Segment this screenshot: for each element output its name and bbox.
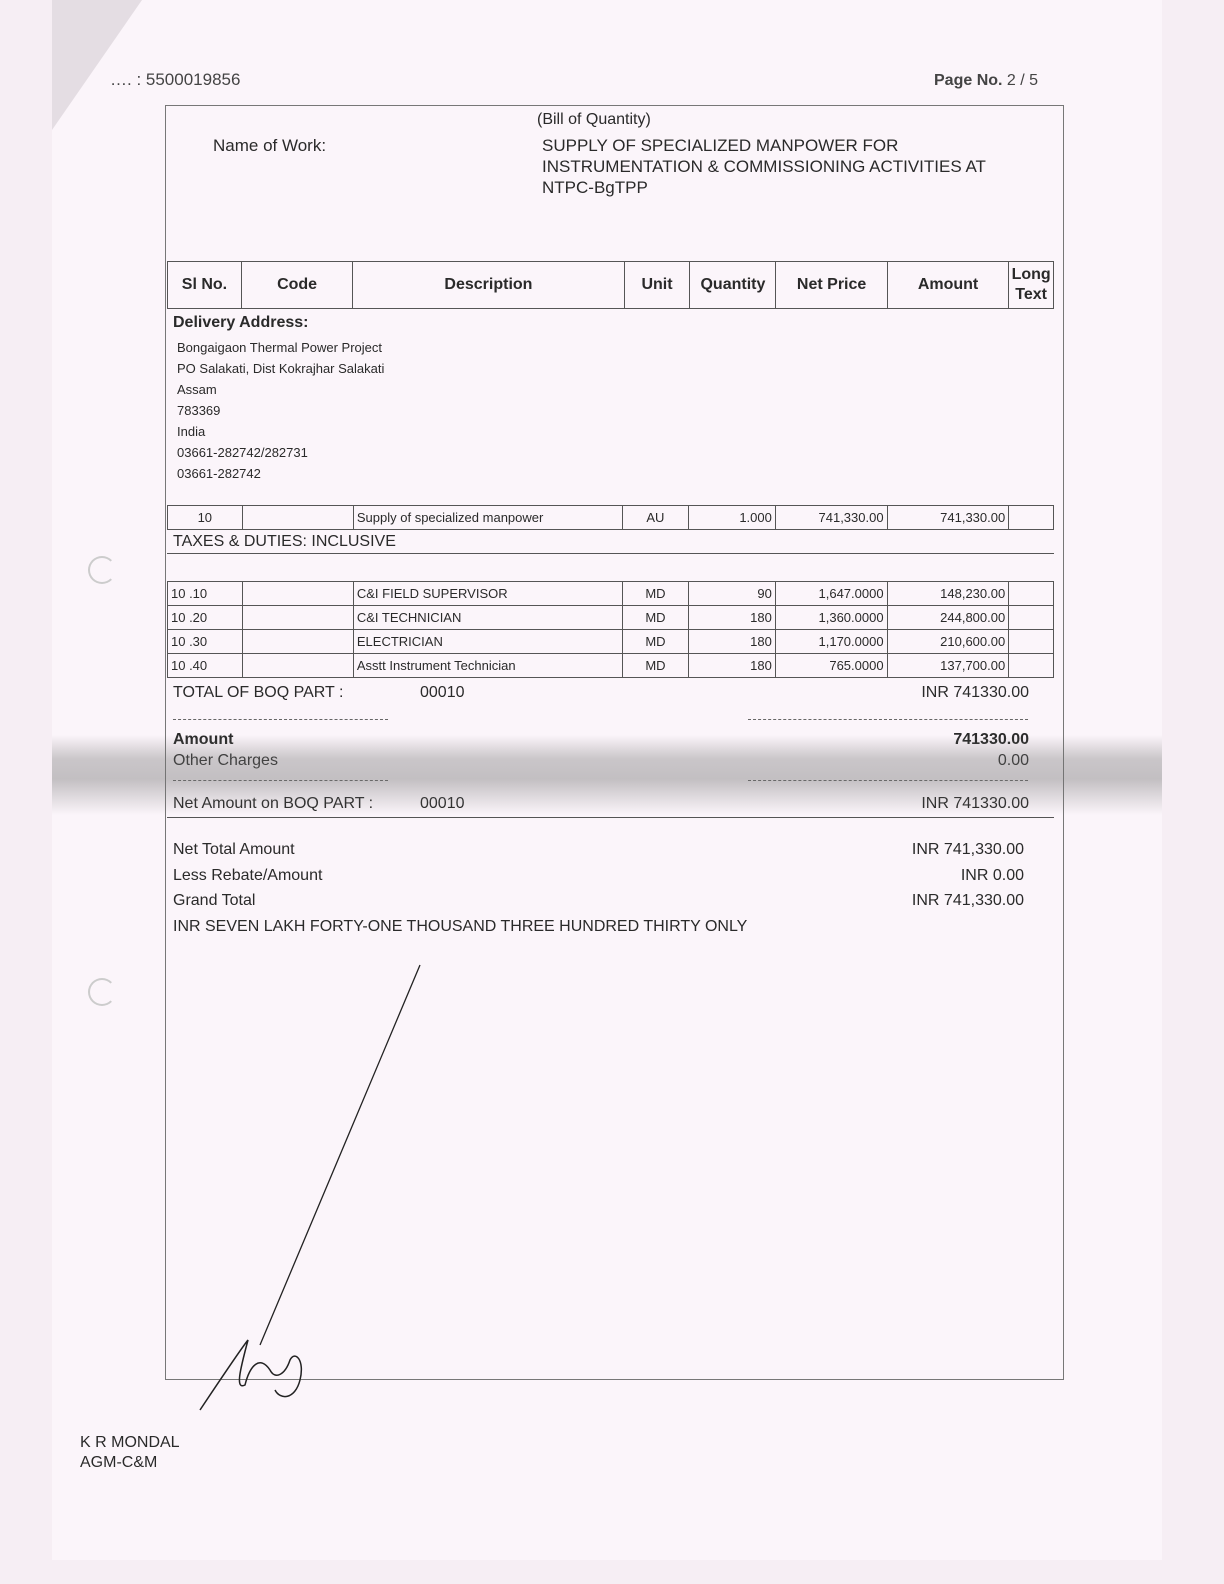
cell-sl-no: 10 .10 [168,582,243,606]
cell-description: Asstt Instrument Technician [353,654,622,678]
delivery-address-title: Delivery Address: [173,314,308,332]
table-row: 10 .30ELECTRICIANMD1801,170.0000210,600.… [168,630,1054,654]
cell-net-price: 1,170.0000 [775,630,887,654]
cell-amount: 210,600.00 [887,630,1009,654]
cell-description: C&I FIELD SUPERVISOR [353,582,622,606]
cell-net-price: 1,647.0000 [775,582,887,606]
table-header: Sl No. Code Description Unit Quantity Ne… [167,261,1054,309]
table-row: 10 Supply of specialized manpower AU 1.0… [168,506,1054,530]
grand-total-label: Grand Total [173,892,255,910]
cell-quantity: 180 [689,630,776,654]
divider [167,817,1054,818]
divider [173,719,388,720]
net-total-value: INR 741,330.00 [912,841,1024,859]
taxes-duties: TAXES & DUTIES: INCLUSIVE [173,533,396,551]
rebate-value: INR 0.00 [961,867,1024,885]
cell-code [242,506,353,530]
signatory: K R MONDAL AGM-C&M [80,1433,180,1473]
cell-net-price: 765.0000 [775,654,887,678]
cell-code [242,654,353,678]
punch-hole [88,978,116,1006]
work-line: SUPPLY OF SPECIALIZED MANPOWER FOR [542,135,1042,156]
boq-total-value: INR 741330.00 [921,684,1029,702]
cell-sl-no: 10 [168,506,243,530]
cell-amount: 244,800.00 [887,606,1009,630]
cell-unit: MD [622,630,689,654]
amount-in-words: INR SEVEN LAKH FORTY-ONE THOUSAND THREE … [173,918,747,936]
col-net-price: Net Price [776,262,887,309]
page-value: 2 / 5 [1007,72,1038,89]
address-line: 03661-282742 [177,463,384,484]
cell-long-text [1009,506,1054,530]
cell-quantity: 1.000 [689,506,776,530]
col-unit: Unit [624,262,690,309]
cell-amount: 148,230.00 [887,582,1009,606]
cell-code [242,630,353,654]
signatory-designation: AGM-C&M [80,1453,180,1473]
cell-long-text [1009,654,1054,678]
document-type: (Bill of Quantity) [537,111,651,129]
cell-quantity: 90 [689,582,776,606]
cell-net-price: 741,330.00 [775,506,887,530]
cell-sl-no: 10 .30 [168,630,243,654]
cell-code [242,582,353,606]
rebate-label: Less Rebate/Amount [173,867,322,885]
cell-unit: AU [622,506,689,530]
net-total-label: Net Total Amount [173,841,295,859]
cell-code [242,606,353,630]
cell-sl-no: 10 .20 [168,606,243,630]
boq-total-label: TOTAL OF BOQ PART : [173,684,343,702]
cell-unit: MD [622,654,689,678]
table-row: 10 .20C&I TECHNICIANMD1801,360.0000244,8… [168,606,1054,630]
address-line: PO Salakati, Dist Kokrajhar Salakati [177,358,384,379]
page-number: Page No. 2 / 5 [934,72,1038,90]
cell-amount: 137,700.00 [887,654,1009,678]
signature-icon [190,960,450,1420]
punch-hole [88,556,116,584]
cell-net-price: 1,360.0000 [775,606,887,630]
address-line: 783369 [177,400,384,421]
divider [167,553,1054,554]
main-item-table: 10 Supply of specialized manpower AU 1.0… [167,505,1054,530]
cell-description: ELECTRICIAN [353,630,622,654]
address-line: India [177,421,384,442]
cell-long-text [1009,606,1054,630]
table-row: 10 .10C&I FIELD SUPERVISORMD901,647.0000… [168,582,1054,606]
cell-description: Supply of specialized manpower [353,506,622,530]
cell-unit: MD [622,606,689,630]
grand-total-value: INR 741,330.00 [912,892,1024,910]
col-amount: Amount [887,262,1008,309]
cell-unit: MD [622,582,689,606]
col-quantity: Quantity [690,262,776,309]
name-of-work-value: SUPPLY OF SPECIALIZED MANPOWER FOR INSTR… [542,135,1042,198]
scan-smear [52,735,1162,815]
page-fold [52,0,142,130]
work-line: NTPC-BgTPP [542,177,1042,198]
sub-items-table: 10 .10C&I FIELD SUPERVISORMD901,647.0000… [167,581,1054,678]
delivery-address: Bongaigaon Thermal Power Project PO Sala… [177,337,384,484]
cell-amount: 741,330.00 [887,506,1009,530]
boq-total-part: 00010 [420,684,465,702]
signatory-name: K R MONDAL [80,1433,180,1453]
table-row: 10 .40Asstt Instrument TechnicianMD18076… [168,654,1054,678]
col-long-text: Long Text [1009,262,1054,309]
address-line: Assam [177,379,384,400]
page-label: Page No. [934,72,1002,89]
po-number: …. : 5500019856 [110,70,240,90]
address-line: Bongaigaon Thermal Power Project [177,337,384,358]
divider [748,719,1028,720]
col-sl-no: Sl No. [168,262,242,309]
cell-quantity: 180 [689,606,776,630]
col-description: Description [353,262,624,309]
cell-sl-no: 10 .40 [168,654,243,678]
cell-quantity: 180 [689,654,776,678]
col-code: Code [241,262,352,309]
cell-long-text [1009,630,1054,654]
cell-long-text [1009,582,1054,606]
cell-description: C&I TECHNICIAN [353,606,622,630]
work-line: INSTRUMENTATION & COMMISSIONING ACTIVITI… [542,156,1042,177]
address-line: 03661-282742/282731 [177,442,384,463]
name-of-work-label: Name of Work: [213,136,326,156]
